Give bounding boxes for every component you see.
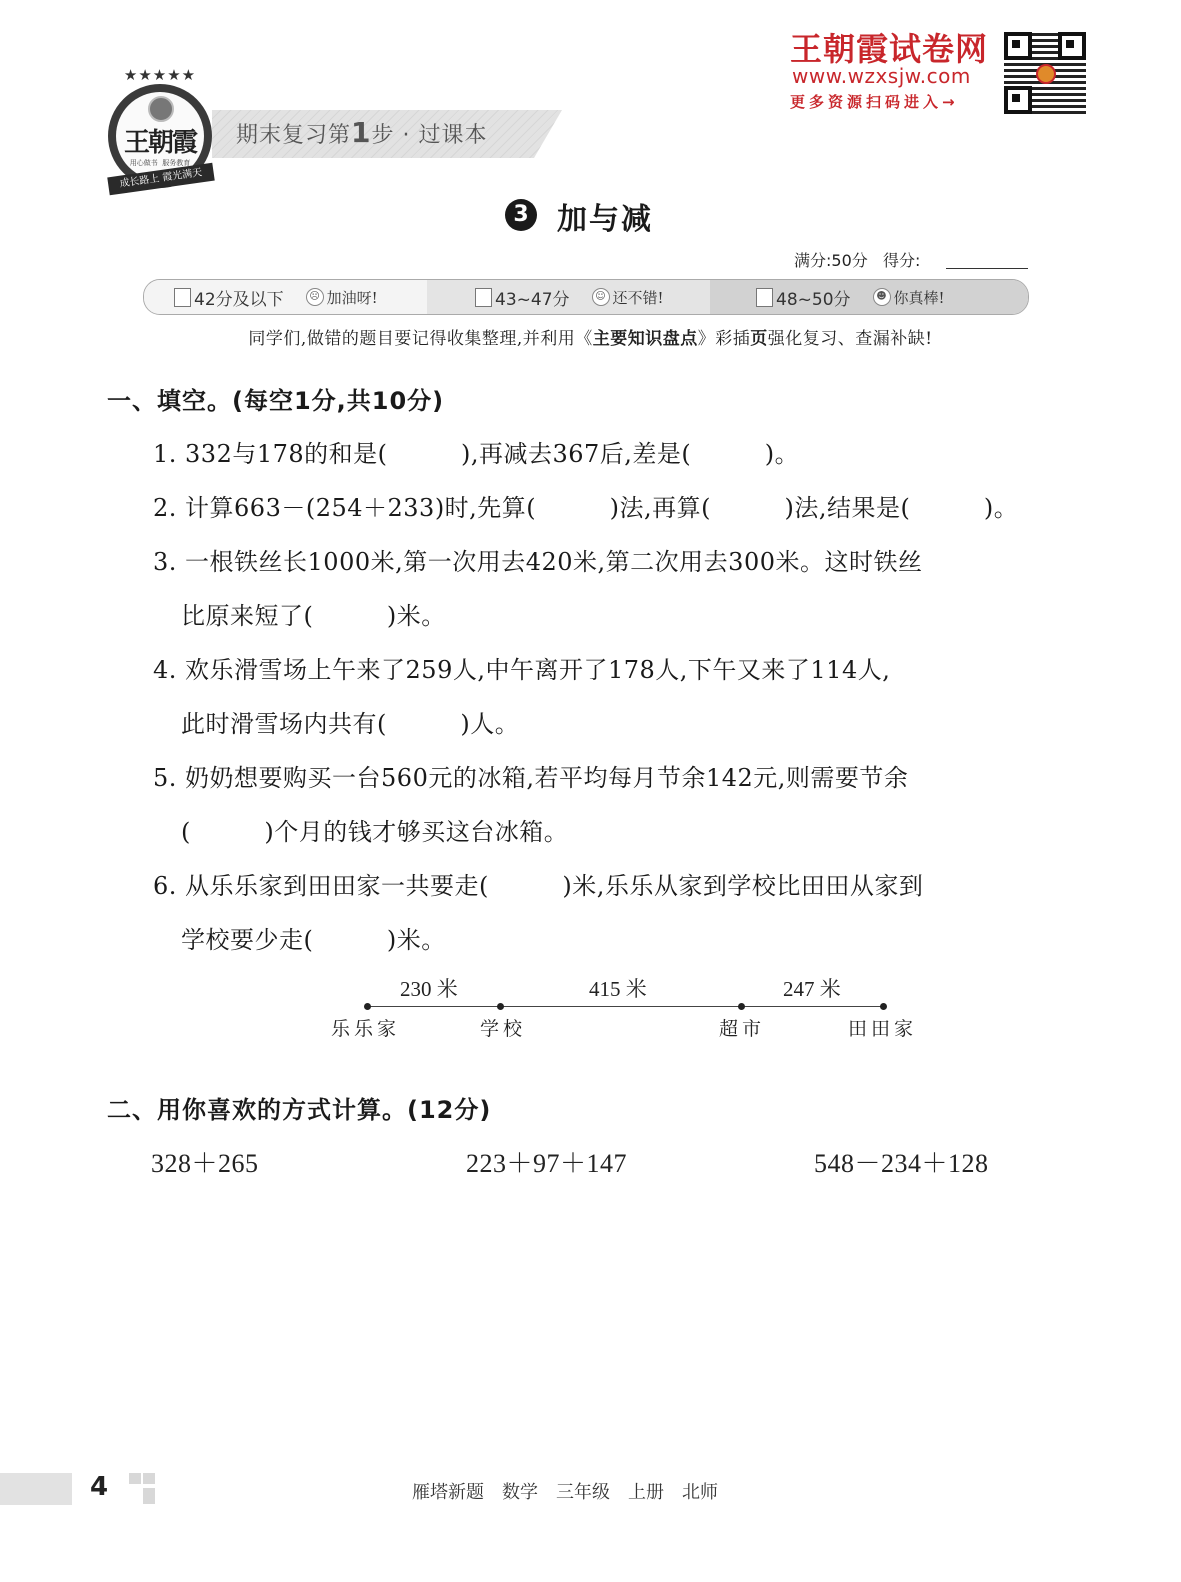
checkbox[interactable] <box>174 288 191 307</box>
question-3: 3. 一根铁丝长1000米,第一次用去420米,第二次用去300米。这时铁丝 <box>153 542 922 577</box>
route-point-dot <box>497 1003 504 1010</box>
tip-highlight: 主要知识盘点 <box>593 329 698 349</box>
footer-book-info: 雁塔新题数学三年级上册北师 <box>412 1478 736 1504</box>
section-heading-fill-blanks: 一、填空。(每空1分,共10分) <box>107 381 444 416</box>
page-title: 加与减 <box>557 194 653 238</box>
footer-volume: 上册 <box>628 1482 664 1503</box>
rating-option-high[interactable]: 48~50分 ☻ 你真棒! <box>710 280 1028 314</box>
tip-highlight: 页 <box>750 329 768 349</box>
rating-range: 42分及以下 <box>194 285 284 310</box>
route-point-label: 超市 <box>719 1014 765 1041</box>
tip-text: 》彩插 <box>698 329 751 349</box>
smile-face-icon: ☺ <box>592 288 610 306</box>
study-tip: 同学们,做错的题目要记得收集整理,并利用《主要知识盘点》彩插页强化复习、查漏补缺… <box>0 324 1181 349</box>
question-2: 2. 计算663－(254＋233)时,先算( )法,再算( )法,结果是( )… <box>153 488 1018 523</box>
question-6: 6. 从乐乐家到田田家一共要走( )米,乐乐从家到学校比田田从家到 <box>153 866 923 901</box>
logo-tagline-left: 用心做书 <box>130 159 158 167</box>
calc-expression: 548－234＋128 <box>814 1143 989 1180</box>
rating-message: 还不错! <box>613 287 664 308</box>
banner-title: 期末复习第1步 · 过课本 <box>236 116 487 149</box>
stars-icon: ★★★★★ <box>104 66 216 84</box>
footer-grade: 三年级 <box>556 1482 610 1503</box>
route-distance: 230 米 <box>400 973 458 1003</box>
question-1: 1. 332与178的和是( ),再减去367后,差是( )。 <box>153 434 799 469</box>
footer-edition: 北师 <box>682 1482 718 1503</box>
rating-option-mid[interactable]: 43~47分 ☺ 还不错! <box>427 280 727 314</box>
question-6-cont: 学校要少走( )米。 <box>181 920 446 955</box>
brand-logo: ★★★★★ 王朝霞 用心做书 服务教育 成长路上 霞光满天 <box>104 66 216 190</box>
route-point-dot <box>880 1003 887 1010</box>
footer-decoration <box>143 1473 155 1484</box>
qr-code-icon[interactable] <box>1002 30 1088 116</box>
banner-suffix: 步 · 过课本 <box>372 123 488 148</box>
qr-finder-icon <box>1004 86 1032 114</box>
route-line <box>367 1006 884 1007</box>
rating-message: 加油呀! <box>327 287 378 308</box>
footer-bar <box>0 1473 72 1505</box>
checkbox[interactable] <box>756 288 773 307</box>
rating-range: 43~47分 <box>495 285 570 310</box>
footer-subject: 数学 <box>502 1482 538 1503</box>
score-info: 满分:50分 得分: <box>794 248 920 271</box>
logo-brand-name: 王朝霞 <box>104 122 216 159</box>
self-rating-bar: 42分及以下 ☹ 加油呀! 43~47分 ☺ 还不错! 48~50分 ☻ 你真棒… <box>143 279 1029 315</box>
qr-finder-icon <box>1004 32 1032 60</box>
banner-prefix: 期末复习第 <box>236 123 351 148</box>
route-point-label: 学校 <box>480 1014 526 1041</box>
route-distance: 415 米 <box>589 973 647 1003</box>
calc-expression: 328＋265 <box>151 1143 259 1180</box>
unit-number-badge: 3 <box>505 199 537 231</box>
page-number: 4 <box>90 1472 108 1502</box>
site-url[interactable]: www.wzxsjw.com <box>792 64 971 88</box>
rating-range: 48~50分 <box>776 285 851 310</box>
tip-text: 强化复习、查漏补缺! <box>768 329 933 349</box>
question-3-cont: 比原来短了( )米。 <box>181 596 446 631</box>
portrait-icon <box>148 96 174 122</box>
site-cta: 更多资源扫码进入→ <box>790 91 959 112</box>
question-4-cont: 此时滑雪场内共有( )人。 <box>181 704 519 739</box>
checkbox[interactable] <box>475 288 492 307</box>
route-distance: 247 米 <box>783 973 841 1003</box>
tip-text: 同学们,做错的题目要记得收集整理,并利用《 <box>248 329 592 349</box>
qr-finder-icon <box>1058 32 1086 60</box>
sad-face-icon: ☹ <box>306 288 324 306</box>
route-point-dot <box>364 1003 371 1010</box>
route-point-dot <box>738 1003 745 1010</box>
score-input-line[interactable] <box>946 268 1028 269</box>
route-point-label: 田田家 <box>848 1014 917 1041</box>
qr-logo-icon <box>1036 64 1056 84</box>
question-4: 4. 欢乐滑雪场上午来了259人,中午离开了178人,下午又来了114人, <box>153 650 890 685</box>
full-marks: 满分:50分 <box>794 251 868 270</box>
calc-expression: 223＋97＋147 <box>466 1143 627 1180</box>
banner-step-number: 1 <box>351 116 371 149</box>
happy-face-icon: ☻ <box>873 288 891 306</box>
question-5: 5. 奶奶想要购买一台560元的冰箱,若平均每月节余142元,则需要节余 <box>153 758 908 793</box>
score-label: 得分: <box>883 251 920 270</box>
footer-series: 雁塔新题 <box>412 1482 484 1503</box>
footer-decoration <box>129 1473 141 1484</box>
question-5-cont: ( )个月的钱才够买这台冰箱。 <box>181 812 568 847</box>
footer-decoration <box>143 1488 155 1504</box>
section-heading-calculate: 二、用你喜欢的方式计算。(12分) <box>107 1090 491 1125</box>
rating-message: 你真棒! <box>894 287 945 308</box>
rating-option-low[interactable]: 42分及以下 ☹ 加油呀! <box>144 280 444 314</box>
route-point-label: 乐乐家 <box>331 1014 400 1041</box>
